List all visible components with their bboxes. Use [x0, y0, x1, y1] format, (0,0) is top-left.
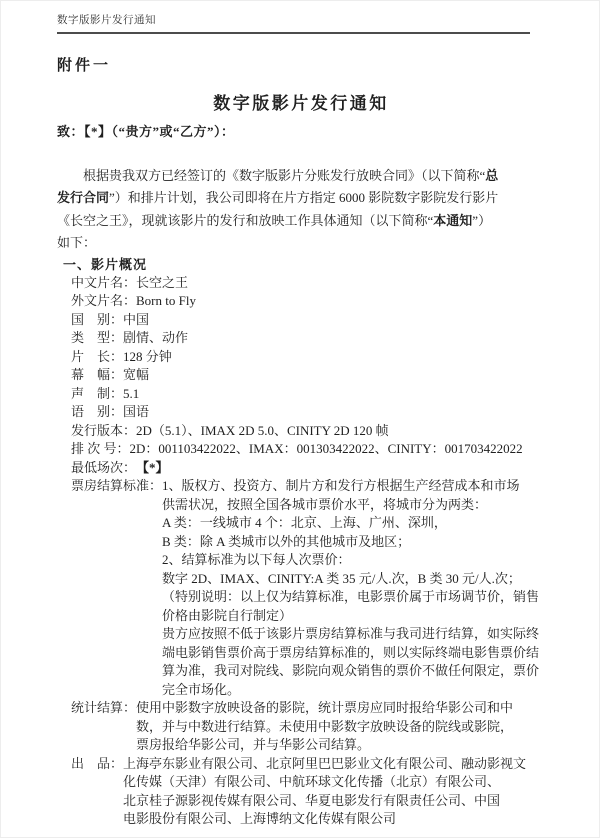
field-label: 票房结算标准：: [71, 477, 162, 496]
field-value-line: 供需状况，按照全国各城市票价水平，将城市分为两类：: [162, 496, 545, 515]
field-value-line: 化传媒（天津）有限公司、中航环球文化传播（北京）有限公司、: [123, 773, 545, 792]
film-field-row: 国 别：中国: [71, 311, 545, 330]
field-value: 2D：001103422022、IMAX：001303422022、CINITY…: [130, 440, 545, 459]
field-value-line: 2D（5.1）、IMAX 2D 5.0、CINITY 2D 120 帧: [136, 422, 545, 441]
field-value: 使用中影数字放映设备的影院，统计票房应同时报给华影公司和中数，并与中数进行结算。…: [136, 699, 545, 755]
field-value: 长空之王: [136, 274, 545, 293]
field-value-line: 2D：001103422022、IMAX：001303422022、CINITY…: [130, 440, 545, 459]
field-label: 类 型：: [71, 329, 123, 348]
salutation-line: 致：【*】（“贵方”或“乙方”）：: [57, 124, 545, 139]
field-value: 5.1: [123, 385, 545, 404]
field-value: 上海亭东影业有限公司、北京阿里巴巴影业文化有限公司、融动影视文化传媒（天津）有限…: [123, 755, 545, 829]
intro-line: 根据贵我双方已经签订的《数字版影片分账发行放映合同》（以下简称“总: [57, 165, 545, 187]
field-value-line: 数，并与中数进行结算。未使用中影数字放映设备的院线或影院，: [136, 718, 545, 737]
film-field-row: 最低场次：【*】: [71, 459, 545, 478]
field-value-line: 端电影销售票价高于票房结算标准的，则以实际终端电影售票价结: [162, 644, 545, 663]
running-header-title: 数字版影片发行通知: [57, 14, 530, 34]
intro-text: 如下：: [57, 235, 96, 250]
field-value: 128 分钟: [123, 348, 545, 367]
field-value: Born to Fly: [136, 292, 545, 311]
field-value-line: 剧情、动作: [123, 329, 545, 348]
field-label: 最低场次：: [71, 459, 136, 478]
field-value-line: 完全市场化。: [162, 681, 545, 700]
field-value: 剧情、动作: [123, 329, 545, 348]
field-value-line: 2、结算标准为以下每人次票价：: [162, 551, 545, 570]
section-heading-film-overview: 一、影片概况: [57, 257, 545, 272]
field-value-line: 128 分钟: [123, 348, 545, 367]
field-value-line: 数字 2D、IMAX、CINITY:A 类 35 元/人.次，B 类 30 元/…: [162, 570, 545, 589]
document-page: 数字版影片发行通知 附件一 数字版影片发行通知 致：【*】（“贵方”或“乙方”）…: [0, 0, 600, 838]
intro-bold-text: 发行合同: [57, 190, 109, 205]
field-label: 统计结算：: [71, 699, 136, 718]
field-label: 发行版本：: [71, 422, 136, 441]
film-field-row: 语 别：国语: [71, 403, 545, 422]
field-value-line: 国语: [123, 403, 545, 422]
field-value-line: A 类：一线城市 4 个：北京、上海、广州、深圳，: [162, 514, 545, 533]
field-value-line: 使用中影数字放映设备的影院，统计票房应同时报给华影公司和中: [136, 699, 545, 718]
intro-bold-text: 本通知: [433, 213, 472, 228]
intro-text: ”）: [472, 213, 491, 228]
intro-line: 发行合同”）和排片计划，我公司即将在片方指定 6000 影院数字影院发行影片: [57, 187, 545, 209]
field-label: 片 长：: [71, 348, 123, 367]
film-field-row: 声 制：5.1: [71, 385, 545, 404]
intro-text: ”）和排片计划，我公司即将在片方指定 6000 影院数字影院发行影片: [109, 190, 498, 205]
field-value-line: 【*】: [136, 459, 545, 478]
field-value-line: 北京桂子源影视传媒有限公司、华夏电影发行有限责任公司、中国: [123, 792, 545, 811]
intro-line: 《长空之王》，现就该影片的发行和放映工作具体通知（以下简称“本通知”）: [57, 210, 545, 232]
document-title: 数字版影片发行通知: [57, 94, 545, 114]
attachment-label: 附件一: [57, 58, 545, 75]
film-field-row: 中文片名：长空之王: [71, 274, 545, 293]
film-field-row: 票房结算标准：1、版权方、投资方、制片方和发行方根据生产经营成本和市场供需状况，…: [71, 477, 545, 699]
intro-bold-text: 总: [485, 168, 498, 183]
field-value-line: B 类：除 A 类城市以外的其他城市及地区；: [162, 533, 545, 552]
field-value-line: 中国: [123, 311, 545, 330]
film-field-row: 幕 幅：宽幅: [71, 366, 545, 385]
field-label: 中文片名：: [71, 274, 136, 293]
film-field-row: 发行版本：2D（5.1）、IMAX 2D 5.0、CINITY 2D 120 帧: [71, 422, 545, 441]
field-value-line: Born to Fly: [136, 292, 545, 311]
field-value-line: 算为准，我司对院线、影院向观众销售的票价不做任何限定，票价: [162, 662, 545, 681]
field-value-line: 电影股份有限公司、上海博纳文化传媒有限公司: [123, 810, 545, 829]
film-field-row: 类 型：剧情、动作: [71, 329, 545, 348]
field-value-line: 价格由影院自行制定）: [162, 607, 545, 626]
field-value: 2D（5.1）、IMAX 2D 5.0、CINITY 2D 120 帧: [136, 422, 545, 441]
field-label: 语 别：: [71, 403, 123, 422]
field-value: 宽幅: [123, 366, 545, 385]
field-value: 【*】: [136, 459, 545, 478]
field-label: 排 次 号：: [71, 440, 130, 459]
field-label: 幕 幅：: [71, 366, 123, 385]
film-field-row: 排 次 号：2D：001103422022、IMAX：001303422022、…: [71, 440, 545, 459]
field-value: 国语: [123, 403, 545, 422]
film-field-row: 外文片名：Born to Fly: [71, 292, 545, 311]
field-label: 外文片名：: [71, 292, 136, 311]
field-label: 国 别：: [71, 311, 123, 330]
field-value-line: 贵方应按照不低于该影片票房结算标准与我司进行结算，如实际终: [162, 625, 545, 644]
field-value-line: 上海亭东影业有限公司、北京阿里巴巴影业文化有限公司、融动影视文: [123, 755, 545, 774]
field-label: 出 品：: [71, 755, 123, 774]
intro-text: 《长空之王》，现就该影片的发行和放映工作具体通知（以下简称“: [57, 213, 433, 228]
film-fields-list: 中文片名：长空之王外文片名：Born to Fly国 别：中国类 型：剧情、动作…: [57, 274, 545, 829]
field-value-line: 1、版权方、投资方、制片方和发行方根据生产经营成本和市场: [162, 477, 545, 496]
film-field-row: 片 长：128 分钟: [71, 348, 545, 367]
intro-paragraph: 根据贵我双方已经签订的《数字版影片分账发行放映合同》（以下简称“总发行合同”）和…: [57, 165, 545, 255]
field-value-line: 票房报给华影公司，并与华影公司结算。: [136, 736, 545, 755]
field-value-line: 长空之王: [136, 274, 545, 293]
intro-text: 根据贵我双方已经签订的《数字版影片分账发行放映合同》（以下简称“: [57, 168, 485, 183]
field-value-line: （特别说明：以上仅为结算标准，电影票价属于市场调节价，销售: [162, 588, 545, 607]
field-value-line: 5.1: [123, 385, 545, 404]
intro-line: 如下：: [57, 232, 545, 254]
field-value: 1、版权方、投资方、制片方和发行方根据生产经营成本和市场供需状况，按照全国各城市…: [162, 477, 545, 699]
field-value-line: 宽幅: [123, 366, 545, 385]
film-field-row: 出 品：上海亭东影业有限公司、北京阿里巴巴影业文化有限公司、融动影视文化传媒（天…: [71, 755, 545, 829]
field-value: 中国: [123, 311, 545, 330]
film-field-row: 统计结算：使用中影数字放映设备的影院，统计票房应同时报给华影公司和中数，并与中数…: [71, 699, 545, 755]
field-label: 声 制：: [71, 385, 123, 404]
